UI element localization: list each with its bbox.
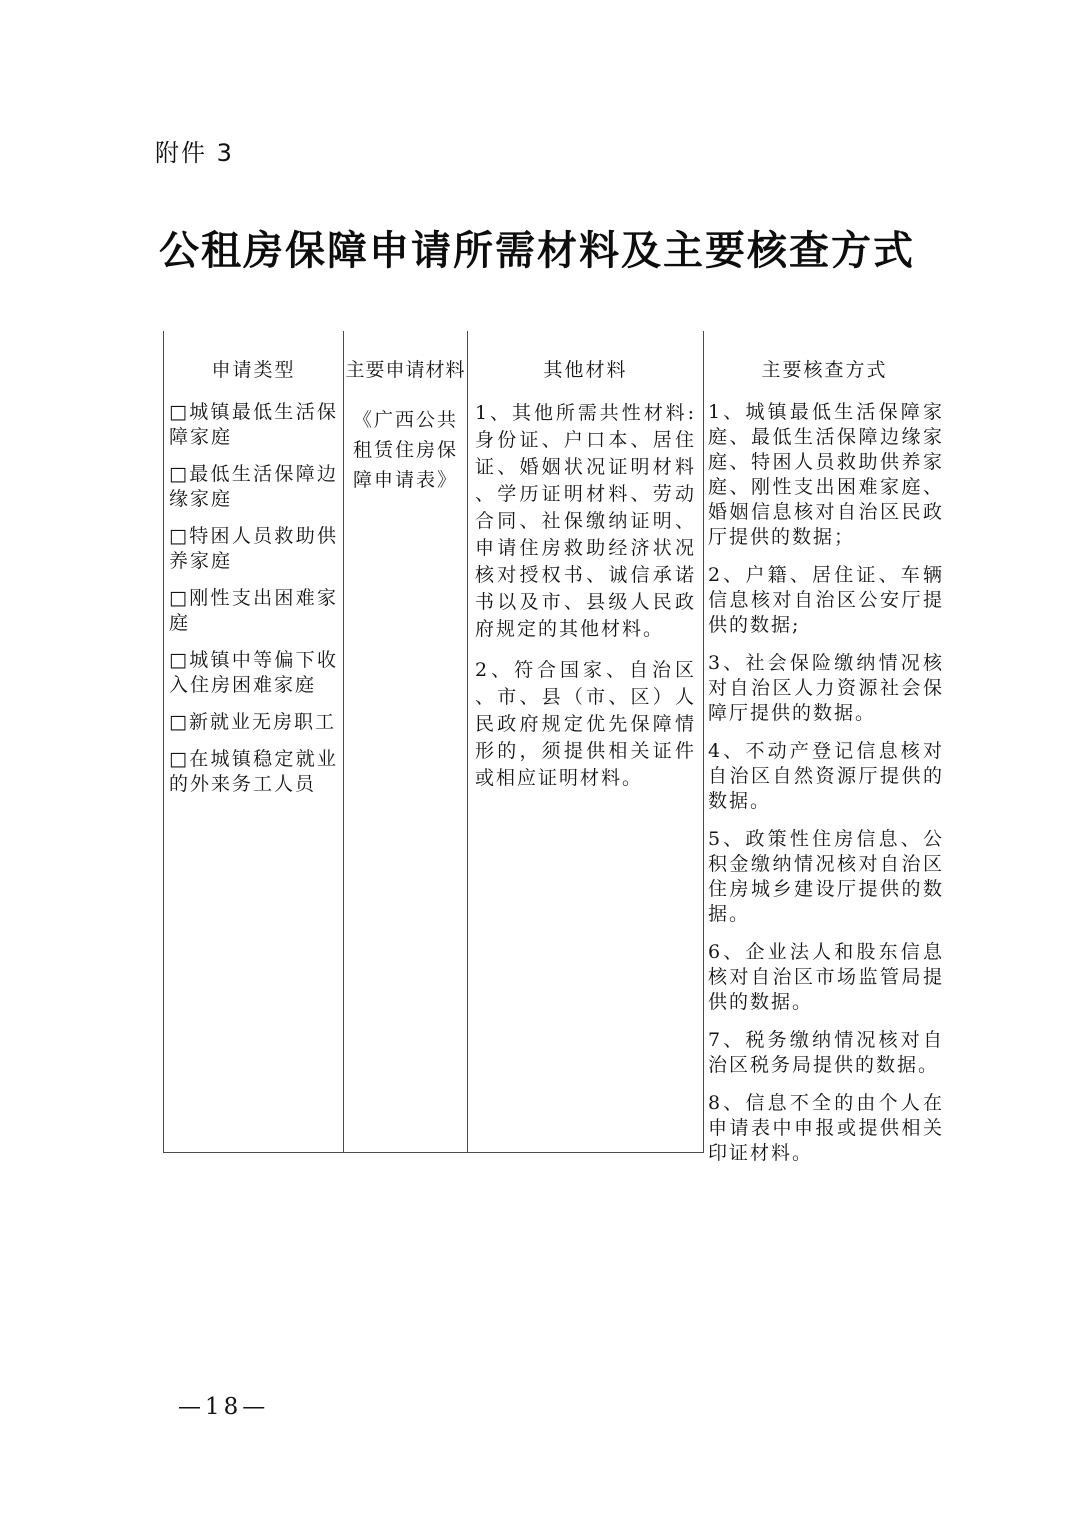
column-header-verification-methods: 主要核查方式 [704,358,945,383]
application-type-label: 在城镇稳定就业的外来务工人员 [169,748,338,795]
other-material-paragraph: 2、符合国家、自治区、市、县（市、区）人民政府规定优先保障情形的，须提供相关证件… [475,657,696,792]
checkbox-icon: □ [169,463,189,485]
verification-method-paragraph: 3、社会保险缴纳情况核对自治区人力资源社会保障厅提供的数据。 [708,651,944,726]
materials-table: 申请类型 □城镇最低生活保障家庭 □最低生活保障边缘家庭 □特困人员救助供养家庭… [163,331,945,1166]
application-type-item: □特困人员救助供养家庭 [169,524,338,574]
column-header-main-material: 主要申请材料 [344,358,467,383]
application-type-item: □城镇最低生活保障家庭 [169,400,338,450]
other-materials-list: 1、其他所需共性材料:身份证、户口本、居住证、婚姻状况证明材料、学历证明材料、劳… [468,400,703,792]
checkbox-icon: □ [169,711,189,733]
column-verification-methods: 主要核查方式 1、城镇最低生活保障家庭、最低生活保障边缘家庭、特困人员救助供养家… [704,331,945,1166]
application-type-label: 最低生活保障边缘家庭 [169,463,338,510]
application-type-label: 特困人员救助供养家庭 [169,525,338,572]
checkbox-icon: □ [169,748,189,770]
application-type-item: □新就业无房职工 [169,710,338,735]
verification-method-paragraph: 2、户籍、居住证、车辆信息核对自治区公安厅提供的数据; [708,563,944,638]
main-material-text: 《广西公共租赁住房保障申请表》 [344,405,467,495]
column-other-materials: 其他材料 1、其他所需共性材料:身份证、户口本、居住证、婚姻状况证明材料、学历证… [468,331,704,1153]
column-main-application-material: 主要申请材料 《广西公共租赁住房保障申请表》 [344,331,468,1153]
application-type-list: □城镇最低生活保障家庭 □最低生活保障边缘家庭 □特困人员救助供养家庭 □刚性支… [164,400,343,797]
attachment-label: 附件 3 [155,138,234,168]
document-page: 附件 3 公租房保障申请所需材料及主要核查方式 申请类型 □城镇最低生活保障家庭… [0,0,1074,1520]
checkbox-icon: □ [169,649,189,671]
page-number: —18— [178,1392,269,1422]
application-type-label: 城镇最低生活保障家庭 [169,401,338,448]
column-header-other-materials: 其他材料 [468,358,703,383]
application-type-item: □在城镇稳定就业的外来务工人员 [169,747,338,797]
application-type-label: 刚性支出困难家庭 [169,587,338,634]
document-title: 公租房保障申请所需材料及主要核查方式 [0,226,1074,276]
application-type-item: □最低生活保障边缘家庭 [169,462,338,512]
verification-method-paragraph: 4、不动产登记信息核对自治区自然资源厅提供的数据。 [708,739,944,814]
checkbox-icon: □ [169,525,189,547]
verification-method-paragraph: 8、信息不全的由个人在申请表中申报或提供相关印证材料。 [708,1091,944,1166]
other-material-paragraph: 1、其他所需共性材料:身份证、户口本、居住证、婚姻状况证明材料、学历证明材料、劳… [475,400,696,643]
verification-method-paragraph: 6、企业法人和股东信息核对自治区市场监管局提供的数据。 [708,940,944,1015]
verification-method-paragraph: 1、城镇最低生活保障家庭、最低生活保障边缘家庭、特困人员救助供养家庭、刚性支出困… [708,400,944,550]
checkbox-icon: □ [169,587,189,609]
verification-method-paragraph: 7、税务缴纳情况核对自治区税务局提供的数据。 [708,1028,944,1078]
column-application-type: 申请类型 □城镇最低生活保障家庭 □最低生活保障边缘家庭 □特困人员救助供养家庭… [163,331,344,1153]
application-type-item: □城镇中等偏下收入住房困难家庭 [169,648,338,698]
application-type-item: □刚性支出困难家庭 [169,586,338,636]
column-header-application-type: 申请类型 [164,358,343,383]
verification-methods-list: 1、城镇最低生活保障家庭、最低生活保障边缘家庭、特困人员救助供养家庭、刚性支出困… [704,400,945,1166]
verification-method-paragraph: 5、政策性住房信息、公积金缴纳情况核对自治区住房城乡建设厅提供的数据。 [708,827,944,927]
application-type-label: 城镇中等偏下收入住房困难家庭 [169,649,338,696]
application-type-label: 新就业无房职工 [189,711,336,733]
checkbox-icon: □ [169,401,189,423]
